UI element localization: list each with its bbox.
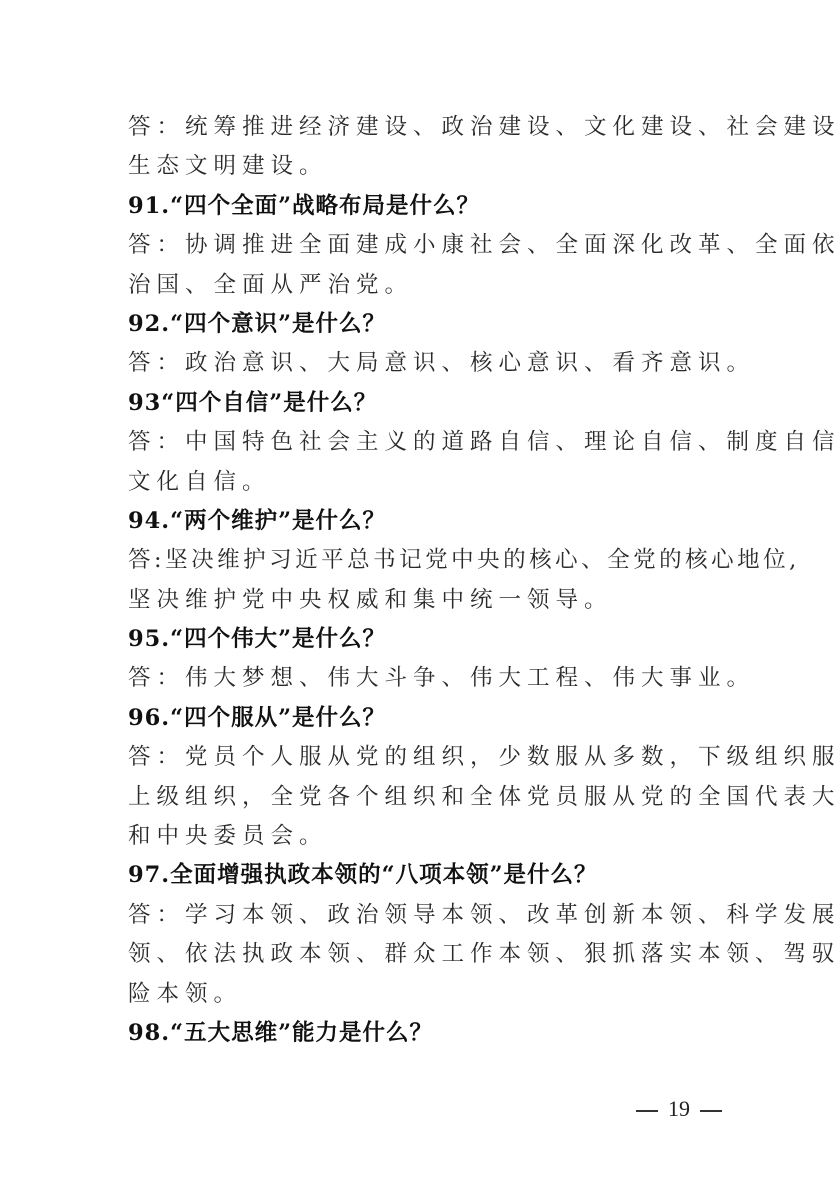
answer-line: 险本领。: [128, 975, 718, 1014]
question-heading: 96.“四个服从”是什么？: [128, 699, 718, 738]
page-number: 19: [668, 1096, 690, 1121]
question-heading: 92.“四个意识”是什么？: [128, 305, 718, 344]
question-heading: 94.“两个维护”是什么？: [128, 502, 718, 541]
question-heading: 97.全面增强执政本领的“八项本领”是什么？: [128, 856, 718, 895]
answer-line: 答:坚决维护习近平总书记党中央的核心、全党的核心地位,: [128, 541, 718, 580]
answer-line: 答：协调推进全面建成小康社会、全面深化改革、全面依法: [128, 226, 718, 265]
dash-left: [636, 1110, 658, 1112]
page-footer: 19: [626, 1096, 732, 1122]
answer-line: 生态文明建设。: [128, 147, 718, 186]
dash-right: [700, 1110, 722, 1112]
question-heading: 98.“五大思维”能力是什么？: [128, 1014, 718, 1053]
document-body: 答：统筹推进经济建设、政治建设、文化建设、社会建设、 生态文明建设。 91.“四…: [128, 108, 718, 1053]
answer-line: 和中央委员会。: [128, 817, 718, 856]
answer-line: 答：政治意识、大局意识、核心意识、看齐意识。: [128, 344, 718, 383]
question-heading: 91.“四个全面”战略布局是什么？: [128, 187, 718, 226]
answer-line: 答：党员个人服从党的组织，少数服从多数，下级组织服从: [128, 738, 718, 777]
answer-line: 答：伟大梦想、伟大斗争、伟大工程、伟大事业。: [128, 659, 718, 698]
answer-line: 答：中国特色社会主义的道路自信、理论自信、制度自信、: [128, 423, 718, 462]
answer-line: 坚决维护党中央权威和集中统一领导。: [128, 581, 718, 620]
answer-line: 上级组织，全党各个组织和全体党员服从党的全国代表大会: [128, 778, 718, 817]
answer-line: 答：学习本领、政治领导本领、改革创新本领、科学发展本: [128, 896, 718, 935]
question-heading: 93“四个自信”是什么？: [128, 384, 718, 423]
answer-line: 文化自信。: [128, 463, 718, 502]
answer-line: 答：统筹推进经济建设、政治建设、文化建设、社会建设、: [128, 108, 718, 147]
question-heading: 95.“四个伟大”是什么？: [128, 620, 718, 659]
answer-line: 治国、全面从严治党。: [128, 266, 718, 305]
answer-line: 领、依法执政本领、群众工作本领、狠抓落实本领、驾驭风: [128, 935, 718, 974]
